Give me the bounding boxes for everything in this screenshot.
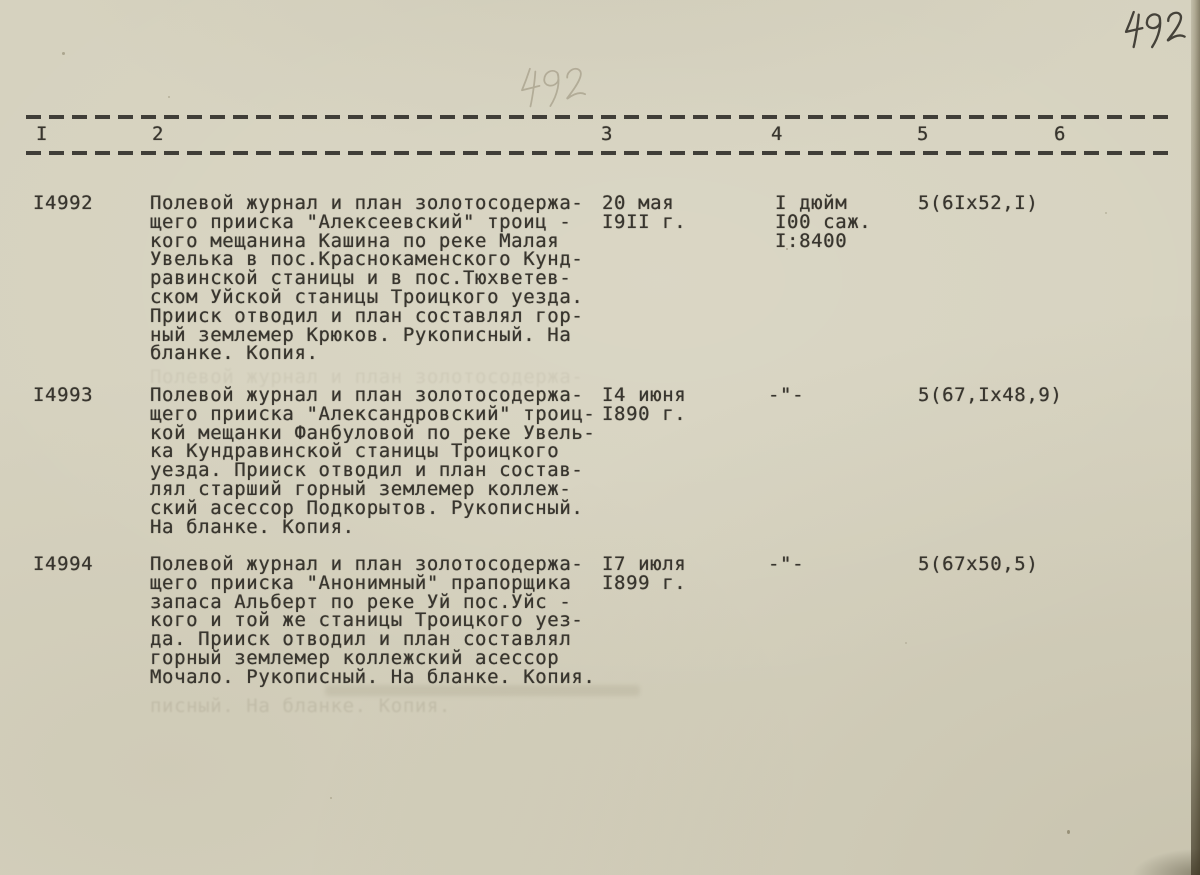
column-header-5: 5 bbox=[917, 125, 929, 144]
scan-corner-shadow bbox=[1080, 835, 1200, 875]
entry-size: 5(67,Ix48,9) bbox=[918, 386, 1062, 405]
paper-speck bbox=[1067, 830, 1070, 834]
header-dashed-rule-top bbox=[26, 115, 1168, 119]
entry-number: I4994 bbox=[33, 555, 93, 574]
column-header-row: I 2 3 4 5 6 bbox=[0, 125, 1200, 145]
paper-speck bbox=[62, 52, 65, 55]
column-header-4: 4 bbox=[771, 125, 783, 144]
entry-scale-ditto: -"- bbox=[768, 386, 804, 405]
paper-speck bbox=[330, 797, 332, 799]
paper-speck bbox=[905, 642, 907, 644]
entry-date: 20 мая I9II г. bbox=[602, 194, 686, 232]
entry-size: 5(67x50,5) bbox=[918, 555, 1038, 574]
paper-speck bbox=[1105, 212, 1107, 214]
entry-number: I4993 bbox=[33, 386, 93, 405]
paper-speck bbox=[168, 96, 170, 98]
entry-number: I4992 bbox=[33, 194, 93, 213]
entry-scale-ditto: -"- bbox=[768, 555, 804, 574]
entry-scale: I дюйм I00 саж. I:8400 bbox=[775, 194, 871, 250]
entry-description: Полевой журнал и план золотосодержа- щег… bbox=[150, 194, 583, 363]
handwritten-page-number-ink bbox=[1119, 4, 1189, 50]
entry-size: 5(6Ix52,I) bbox=[918, 194, 1038, 213]
column-header-3: 3 bbox=[601, 125, 613, 144]
archive-document-page: I 2 3 4 5 6 Полевой журнал и план золото… bbox=[0, 0, 1200, 875]
entry-date: I7 июля I899 г. bbox=[602, 555, 686, 593]
scan-edge-shadow bbox=[1191, 0, 1200, 875]
entry-description: Полевой журнал и план золотосодержа- щег… bbox=[150, 555, 595, 687]
column-header-6: 6 bbox=[1054, 125, 1066, 144]
header-dashed-rule-bottom bbox=[26, 151, 1168, 155]
column-header-2: 2 bbox=[152, 125, 164, 144]
entry-date: I4 июня I890 г. bbox=[602, 386, 686, 424]
bleed-through-text: писный. На бланке. Копия. bbox=[150, 697, 451, 716]
paper-speck bbox=[786, 248, 788, 250]
handwritten-page-number-pencil bbox=[508, 59, 595, 111]
entry-description: Полевой журнал и план золотосодержа- щег… bbox=[150, 386, 595, 536]
column-header-1: I bbox=[36, 125, 48, 144]
